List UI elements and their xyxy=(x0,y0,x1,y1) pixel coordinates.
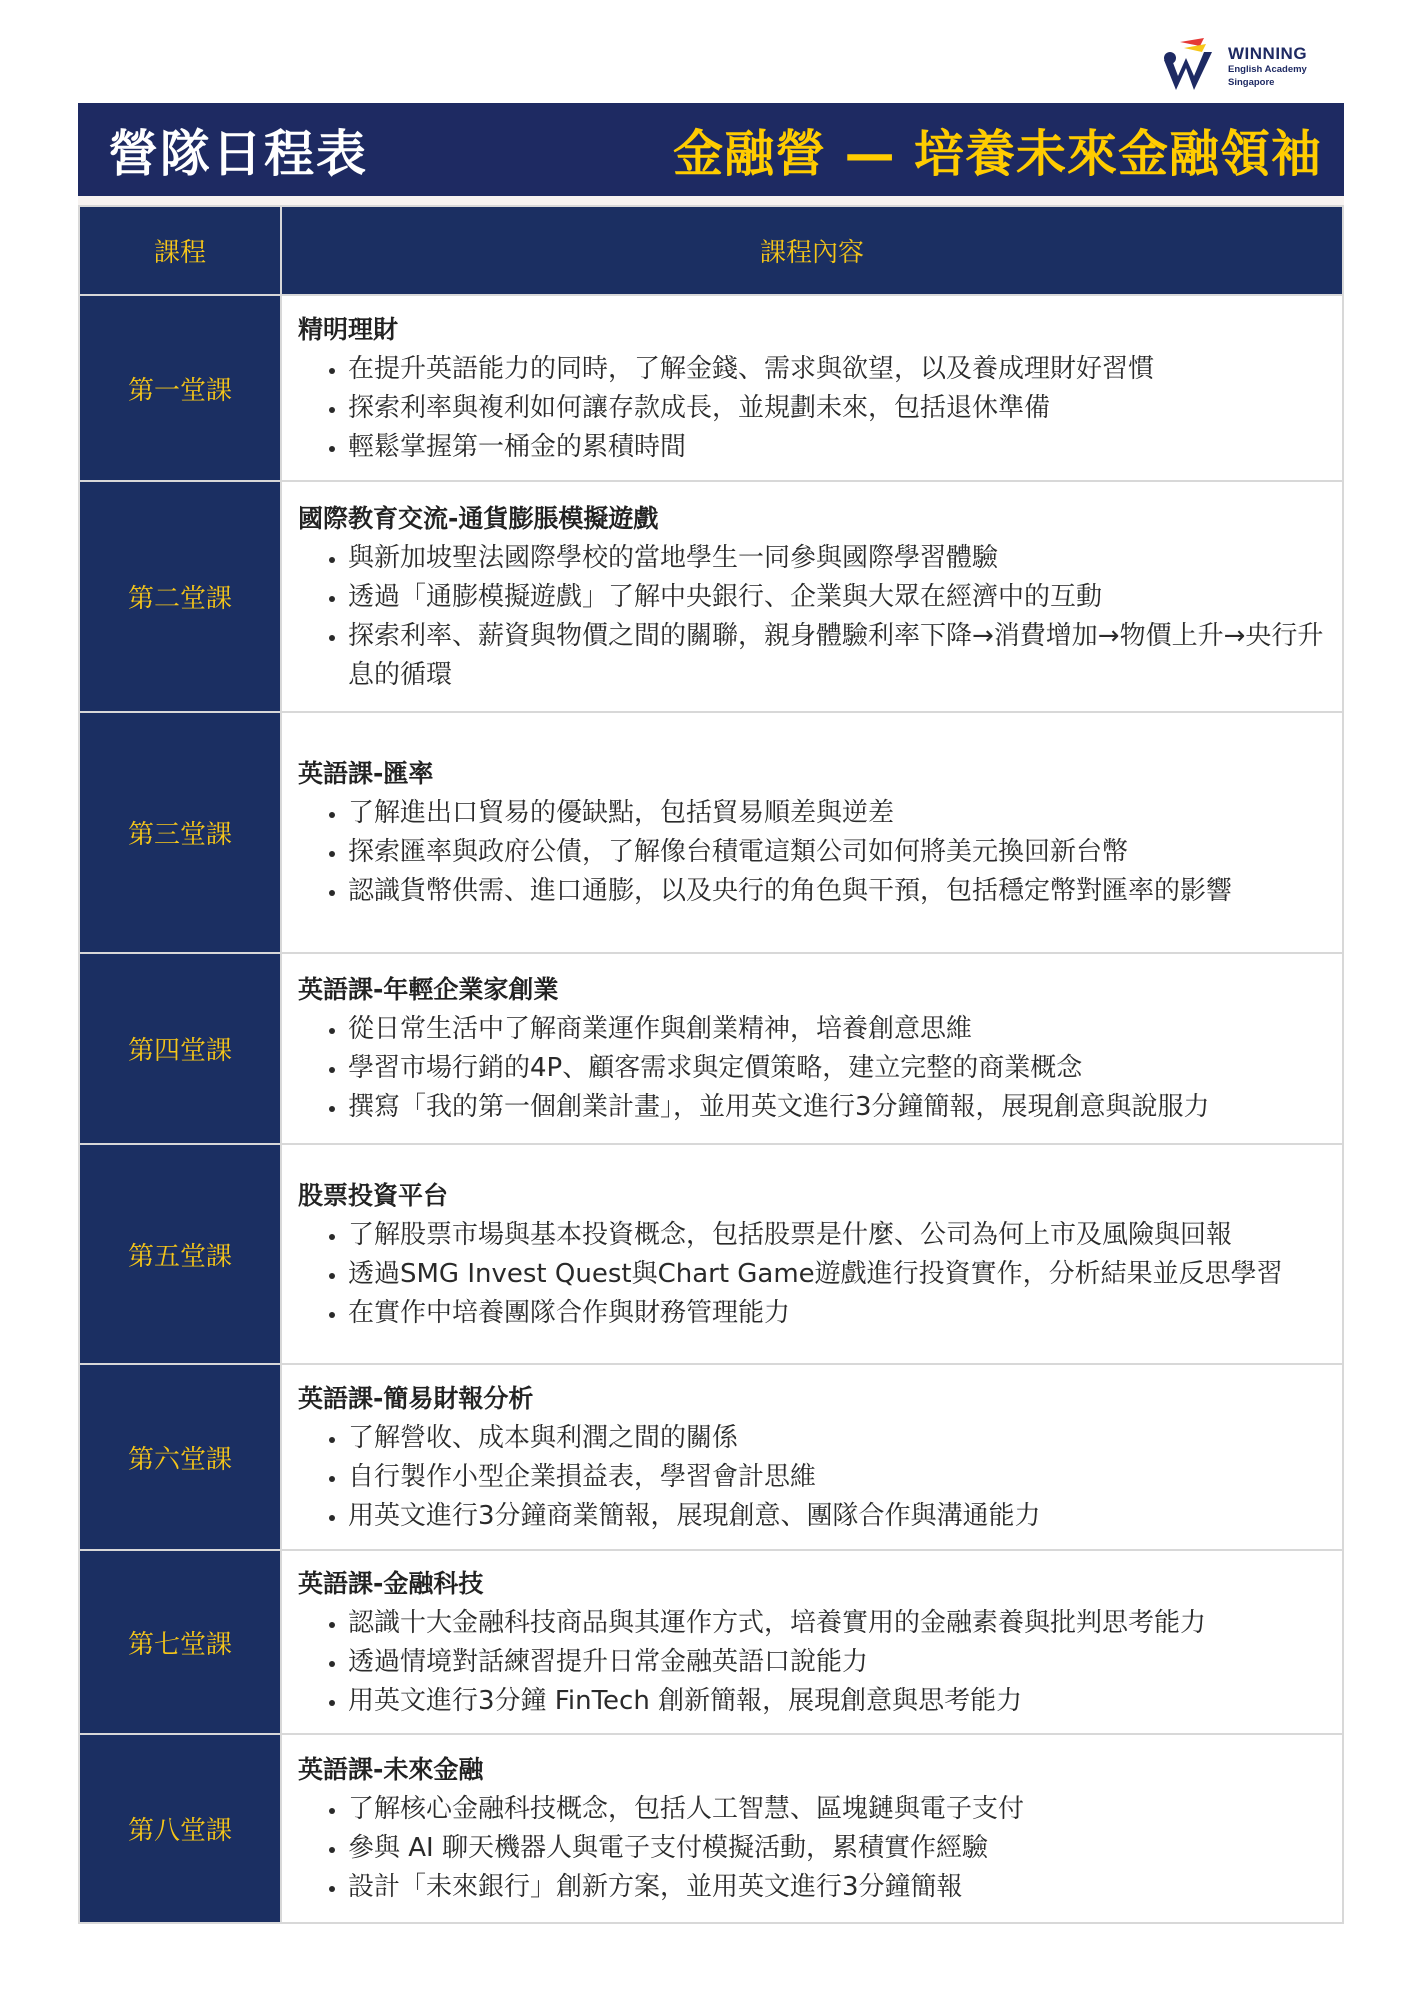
title-bar: 營隊日程表 金融營 — 培養未來金融領袖 xyxy=(78,103,1344,196)
column-header-content: 課程內容 xyxy=(281,206,1343,295)
lesson-item-list: 從日常生活中了解商業運作與創業精神，培養創意思維學習市場行銷的4P、顧客需求與定… xyxy=(298,1010,1342,1127)
lesson-item: 在提升英語能力的同時，了解金錢、需求與欲望，以及養成理財好習慣 xyxy=(348,350,1342,389)
lesson-item: 從日常生活中了解商業運作與創業精神，培養創意思維 xyxy=(348,1010,1342,1049)
table-row: 第六堂課 英語課-簡易財報分析 了解營收、成本與利潤之間的關係自行製作小型企業損… xyxy=(79,1364,1343,1550)
schedule-table: 課程 課程內容 第一堂課 精明理財 在提升英語能力的同時，了解金錢、需求與欲望，… xyxy=(78,205,1344,1924)
lesson-item-list: 了解股票市場與基本投資概念，包括股票是什麼、公司為何上市及風險與回報透過SMG … xyxy=(298,1216,1342,1333)
lesson-item: 透過SMG Invest Quest與Chart Game遊戲進行投資實作，分析… xyxy=(348,1255,1342,1294)
winning-logo-icon xyxy=(1160,38,1222,94)
table-row: 第七堂課 英語課-金融科技 認識十大金融科技商品與其運作方式，培養實用的金融素養… xyxy=(79,1550,1343,1734)
lesson-topic: 英語課-匯率 xyxy=(298,754,1342,790)
lesson-topic: 英語課-年輕企業家創業 xyxy=(298,970,1342,1006)
lesson-item-list: 了解核心金融科技概念，包括人工智慧、區塊鏈與電子支付參與 AI 聊天機器人與電子… xyxy=(298,1790,1342,1907)
lesson-item: 了解營收、成本與利潤之間的關係 xyxy=(348,1419,1342,1458)
column-header-course: 課程 xyxy=(79,206,281,295)
lesson-item: 探索匯率與政府公債，了解像台積電這類公司如何將美元換回新台幣 xyxy=(348,833,1342,872)
lesson-item: 撰寫「我的第一個創業計畫」，並用英文進行3分鐘簡報，展現創意與說服力 xyxy=(348,1088,1342,1127)
lesson-label: 第八堂課 xyxy=(79,1734,281,1923)
table-row: 第二堂課 國際教育交流-通貨膨脹模擬遊戲 與新加坡聖法國際學校的當地學生一同參與… xyxy=(79,481,1343,712)
page-title: 營隊日程表 xyxy=(108,114,368,186)
lesson-content: 英語課-未來金融 了解核心金融科技概念，包括人工智慧、區塊鏈與電子支付參與 AI… xyxy=(281,1734,1343,1923)
lesson-label: 第五堂課 xyxy=(79,1144,281,1364)
lesson-content: 英語課-簡易財報分析 了解營收、成本與利潤之間的關係自行製作小型企業損益表，學習… xyxy=(281,1364,1343,1550)
lesson-label: 第六堂課 xyxy=(79,1364,281,1550)
lesson-label: 第四堂課 xyxy=(79,953,281,1144)
lesson-item: 探索利率與複利如何讓存款成長，並規劃未來，包括退休準備 xyxy=(348,389,1342,428)
lesson-item: 設計「未來銀行」創新方案，並用英文進行3分鐘簡報 xyxy=(348,1868,1342,1907)
lesson-topic: 國際教育交流-通貨膨脹模擬遊戲 xyxy=(298,499,1342,535)
lesson-item: 透過情境對話練習提升日常金融英語口說能力 xyxy=(348,1643,1342,1682)
lesson-topic: 股票投資平台 xyxy=(298,1176,1342,1212)
lesson-content: 股票投資平台 了解股票市場與基本投資概念，包括股票是什麼、公司為何上市及風險與回… xyxy=(281,1144,1343,1364)
lesson-item-list: 與新加坡聖法國際學校的當地學生一同參與國際學習體驗透過「通膨模擬遊戲」了解中央銀… xyxy=(298,539,1342,695)
lesson-item: 了解核心金融科技概念，包括人工智慧、區塊鏈與電子支付 xyxy=(348,1790,1342,1829)
divider-strip xyxy=(78,196,1344,205)
page-subtitle: 金融營 — 培養未來金融領袖 xyxy=(673,114,1322,186)
lesson-item: 學習市場行銷的4P、顧客需求與定價策略，建立完整的商業概念 xyxy=(348,1049,1342,1088)
table-row: 第一堂課 精明理財 在提升英語能力的同時，了解金錢、需求與欲望，以及養成理財好習… xyxy=(79,295,1343,481)
logo-brand-name: WINNING xyxy=(1228,45,1307,62)
lesson-item: 輕鬆掌握第一桶金的累積時間 xyxy=(348,428,1342,467)
lesson-item: 用英文進行3分鐘商業簡報，展現創意、團隊合作與溝通能力 xyxy=(348,1497,1342,1536)
lesson-label: 第二堂課 xyxy=(79,481,281,712)
lesson-item: 了解進出口貿易的優缺點，包括貿易順差與逆差 xyxy=(348,794,1342,833)
lesson-item: 透過「通膨模擬遊戲」了解中央銀行、企業與大眾在經濟中的互動 xyxy=(348,578,1342,617)
lesson-item: 用英文進行3分鐘 FinTech 創新簡報，展現創意與思考能力 xyxy=(348,1682,1342,1721)
lesson-label: 第三堂課 xyxy=(79,712,281,953)
table-row: 第三堂課 英語課-匯率 了解進出口貿易的優缺點，包括貿易順差與逆差探索匯率與政府… xyxy=(79,712,1343,953)
lesson-content: 英語課-年輕企業家創業 從日常生活中了解商業運作與創業精神，培養創意思維學習市場… xyxy=(281,953,1343,1144)
lesson-topic: 精明理財 xyxy=(298,310,1342,346)
lesson-content: 國際教育交流-通貨膨脹模擬遊戲 與新加坡聖法國際學校的當地學生一同參與國際學習體… xyxy=(281,481,1343,712)
lesson-item-list: 在提升英語能力的同時，了解金錢、需求與欲望，以及養成理財好習慣探索利率與複利如何… xyxy=(298,350,1342,467)
lesson-label: 第一堂課 xyxy=(79,295,281,481)
lesson-item-list: 認識十大金融科技商品與其運作方式，培養實用的金融素養與批判思考能力透過情境對話練… xyxy=(298,1604,1342,1721)
lesson-content: 精明理財 在提升英語能力的同時，了解金錢、需求與欲望，以及養成理財好習慣探索利率… xyxy=(281,295,1343,481)
lesson-topic: 英語課-金融科技 xyxy=(298,1564,1342,1600)
lesson-content: 英語課-匯率 了解進出口貿易的優缺點，包括貿易順差與逆差探索匯率與政府公債，了解… xyxy=(281,712,1343,953)
lesson-item: 參與 AI 聊天機器人與電子支付模擬活動，累積實作經驗 xyxy=(348,1829,1342,1868)
lesson-item: 在實作中培養團隊合作與財務管理能力 xyxy=(348,1294,1342,1333)
lesson-item: 認識貨幣供需、進口通膨，以及央行的角色與干預，包括穩定幣對匯率的影響 xyxy=(348,872,1342,911)
table-header-row: 課程 課程內容 xyxy=(79,206,1343,295)
lesson-item: 與新加坡聖法國際學校的當地學生一同參與國際學習體驗 xyxy=(348,539,1342,578)
lesson-item: 自行製作小型企業損益表，學習會計思維 xyxy=(348,1458,1342,1497)
lesson-topic: 英語課-未來金融 xyxy=(298,1750,1342,1786)
logo-subtitle-1: English Academy xyxy=(1228,65,1307,75)
lesson-item-list: 了解進出口貿易的優缺點，包括貿易順差與逆差探索匯率與政府公債，了解像台積電這類公… xyxy=(298,794,1342,911)
lesson-item: 探索利率、薪資與物價之間的關聯，親身體驗利率下降→消費增加→物價上升→央行升息的… xyxy=(348,617,1342,695)
lesson-item: 認識十大金融科技商品與其運作方式，培養實用的金融素養與批判思考能力 xyxy=(348,1604,1342,1643)
table-row: 第四堂課 英語課-年輕企業家創業 從日常生活中了解商業運作與創業精神，培養創意思… xyxy=(79,953,1343,1144)
logo-subtitle-2: Singapore xyxy=(1228,78,1307,88)
lesson-label: 第七堂課 xyxy=(79,1550,281,1734)
brand-logo: WINNING English Academy Singapore xyxy=(1160,36,1360,96)
lesson-item-list: 了解營收、成本與利潤之間的關係自行製作小型企業損益表，學習會計思維用英文進行3分… xyxy=(298,1419,1342,1536)
lesson-item: 了解股票市場與基本投資概念，包括股票是什麼、公司為何上市及風險與回報 xyxy=(348,1216,1342,1255)
lesson-content: 英語課-金融科技 認識十大金融科技商品與其運作方式，培養實用的金融素養與批判思考… xyxy=(281,1550,1343,1734)
table-row: 第八堂課 英語課-未來金融 了解核心金融科技概念，包括人工智慧、區塊鏈與電子支付… xyxy=(79,1734,1343,1923)
table-row: 第五堂課 股票投資平台 了解股票市場與基本投資概念，包括股票是什麼、公司為何上市… xyxy=(79,1144,1343,1364)
lesson-topic: 英語課-簡易財報分析 xyxy=(298,1379,1342,1415)
